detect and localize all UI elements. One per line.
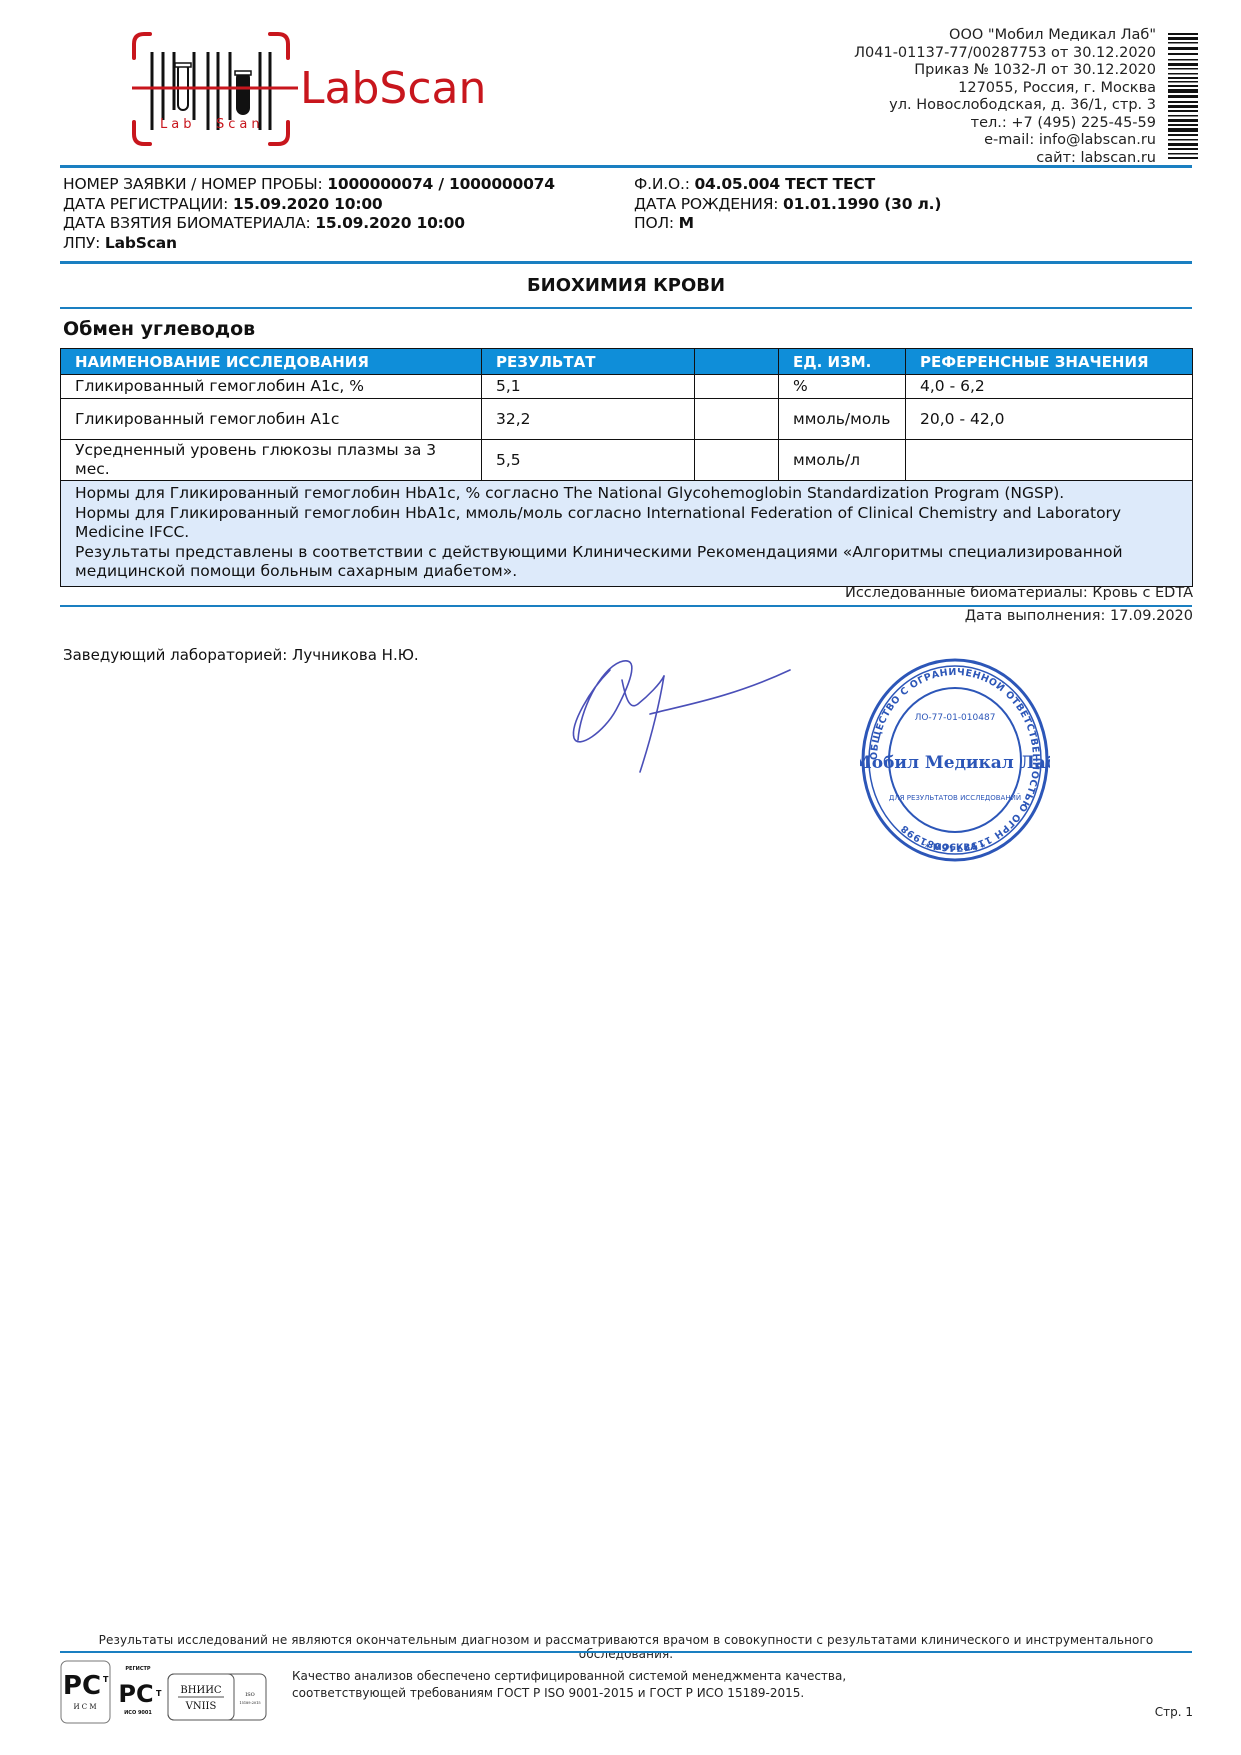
header-reference: РЕФЕРЕНСНЫЕ ЗНАЧЕНИЯ <box>906 349 1193 375</box>
svg-text:«Мобил Медикал Лаб»: «Мобил Медикал Лаб» <box>860 753 1050 773</box>
company-order: Приказ № 1032-Л от 30.12.2020 <box>854 62 1156 80</box>
company-street: ул. Новослободская, д. 36/1, стр. 3 <box>854 97 1156 115</box>
barcode-test-tube-icon: Lab Scan <box>130 30 300 150</box>
test-unit: ммоль/л <box>779 440 906 481</box>
test-reference <box>906 440 1193 481</box>
note-ngsp: Нормы для Гликированный гемоглобин HbA1c… <box>75 484 1178 504</box>
patient-dob: ДАТА РОЖДЕНИЯ: 01.01.1990 (30 л.) <box>634 195 941 215</box>
test-result: 32,2 <box>482 399 695 440</box>
svg-text:ВНИИС: ВНИИС <box>180 1685 222 1696</box>
barcode-icon <box>1168 33 1198 161</box>
patient-info-left: НОМЕР ЗАЯВКИ / НОМЕР ПРОБЫ: 1000000074 /… <box>63 175 555 253</box>
svg-text:ISO: ISO <box>245 1692 255 1698</box>
test-flag <box>695 375 779 399</box>
patient-sex: ПОЛ: М <box>634 214 941 234</box>
company-phone: тел.: +7 (495) 225-45-59 <box>854 115 1156 133</box>
test-name: Усредненный уровень глюкозы плазмы за 3 … <box>61 440 482 481</box>
svg-text:VNIIS: VNIIS <box>185 1701 217 1712</box>
svg-text:ИСО 9001: ИСО 9001 <box>124 1710 152 1716</box>
completion-date: Дата выполнения: 17.09.2020 <box>965 608 1193 624</box>
svg-text:РЕГИСТР: РЕГИСТР <box>125 1666 151 1672</box>
rst-ism-logo-icon: PC T И С М <box>61 1661 110 1723</box>
sample-date: ДАТА ВЗЯТИЯ БИОМАТЕРИАЛА: 15.09.2020 10:… <box>63 214 555 234</box>
test-name: Гликированный гемоглобин А1с, % <box>61 375 482 399</box>
disclaimer: Результаты исследований не являются окон… <box>60 1633 1192 1661</box>
lpu: ЛПУ: LabScan <box>63 234 555 254</box>
title-divider <box>60 307 1192 309</box>
svg-text:PC: PC <box>63 1671 101 1701</box>
rst-registry-logo-icon: РЕГИСТР PC T ИСО 9001 <box>118 1666 162 1716</box>
notes-row: Нормы для Гликированный гемоглобин HbA1c… <box>61 481 1193 587</box>
patient-divider <box>60 261 1192 264</box>
meta-divider <box>60 605 1192 607</box>
labscan-logo: Lab Scan LabScan <box>130 30 510 150</box>
table-row: Гликированный гемоглобин А1с, % 5,1 % 4,… <box>61 375 1193 399</box>
company-email: e-mail: info@labscan.ru <box>854 132 1156 150</box>
vniis-logo-icon: ВНИИС VNIIS ISO 15189:2015 <box>168 1674 266 1720</box>
svg-text:15189:2015: 15189:2015 <box>239 1701 260 1705</box>
table-row: Гликированный гемоглобин А1с 32,2 ммоль/… <box>61 399 1193 440</box>
biomaterial-info: Исследованные биоматериалы: Кровь с EDTA <box>845 585 1193 601</box>
header-result: РЕЗУЛЬТАТ <box>482 349 695 375</box>
svg-text:Scan: Scan <box>216 117 264 132</box>
document-title: БИОХИМИЯ КРОВИ <box>60 275 1192 296</box>
note-ifcc: Нормы для Гликированный гемоглобин HbA1c… <box>75 504 1178 543</box>
svg-text:Lab: Lab <box>160 117 195 132</box>
note-guidelines: Результаты представлены в соответствии с… <box>75 543 1178 582</box>
test-flag <box>695 440 779 481</box>
test-name: Гликированный гемоглобин А1с <box>61 399 482 440</box>
patient-name: Ф.И.О.: 04.05.004 ТЕСТ ТЕСТ <box>634 175 941 195</box>
test-reference: 20,0 - 42,0 <box>906 399 1193 440</box>
test-result: 5,1 <box>482 375 695 399</box>
notes-cell: Нормы для Гликированный гемоглобин HbA1c… <box>61 481 1193 587</box>
quality-line-1: Качество анализов обеспечено сертифициро… <box>292 1668 846 1685</box>
test-unit: % <box>779 375 906 399</box>
registration-date: ДАТА РЕГИСТРАЦИИ: 15.09.2020 10:00 <box>63 195 555 215</box>
patient-info-right: Ф.И.О.: 04.05.004 ТЕСТ ТЕСТ ДАТА РОЖДЕНИ… <box>634 175 941 234</box>
order-number: НОМЕР ЗАЯВКИ / НОМЕР ПРОБЫ: 1000000074 /… <box>63 175 555 195</box>
company-stamp-icon: ОБЩЕСТВО С ОГРАНИЧЕННОЙ ОТВЕТСТВЕННОСТЬЮ… <box>860 650 1050 870</box>
header-divider <box>60 165 1192 168</box>
company-info: ООО "Мобил Медикал Лаб" Л041-01137-77/00… <box>854 27 1156 167</box>
section-title: Обмен углеводов <box>63 318 255 340</box>
svg-text:ЛО-77-01-010487: ЛО-77-01-010487 <box>915 713 996 723</box>
test-reference: 4,0 - 6,2 <box>906 375 1193 399</box>
svg-text:ДЛЯ РЕЗУЛЬТАТОВ ИССЛЕДОВАНИЙ: ДЛЯ РЕЗУЛЬТАТОВ ИССЛЕДОВАНИЙ <box>889 793 1021 802</box>
quality-line-2: соответствующей требованиям ГОСТ Р ISO 9… <box>292 1685 846 1702</box>
signature-icon <box>560 640 800 790</box>
test-flag <box>695 399 779 440</box>
test-unit: ммоль/моль <box>779 399 906 440</box>
company-city: 127055, Россия, г. Москва <box>854 80 1156 98</box>
table-row: Усредненный уровень глюкозы плазмы за 3 … <box>61 440 1193 481</box>
svg-text:T: T <box>156 1689 162 1698</box>
footer-divider <box>60 1651 1192 1653</box>
quality-statement: Качество анализов обеспечено сертифициро… <box>292 1668 846 1702</box>
svg-text:* МОСКВА *: * МОСКВА * <box>925 843 985 853</box>
page-number: Стр. 1 <box>1155 1705 1193 1719</box>
test-result: 5,5 <box>482 440 695 481</box>
svg-text:И С М: И С М <box>73 1703 96 1711</box>
svg-text:T: T <box>103 1675 109 1684</box>
header-unit: ЕД. ИЗМ. <box>779 349 906 375</box>
company-license: Л041-01137-77/00287753 от 30.12.2020 <box>854 45 1156 63</box>
brand-name: LabScan <box>300 63 486 114</box>
results-table: НАИМЕНОВАНИЕ ИССЛЕДОВАНИЯ РЕЗУЛЬТАТ ЕД. … <box>60 348 1193 587</box>
header-flag <box>695 349 779 375</box>
svg-text:PC: PC <box>118 1680 153 1708</box>
table-header-row: НАИМЕНОВАНИЕ ИССЛЕДОВАНИЯ РЕЗУЛЬТАТ ЕД. … <box>61 349 1193 375</box>
certification-logos: PC T И С М РЕГИСТР PC T ИСО 9001 ВНИИС V… <box>60 1660 270 1724</box>
header-test-name: НАИМЕНОВАНИЕ ИССЛЕДОВАНИЯ <box>61 349 482 375</box>
lab-head-signer: Заведующий лабораторией: Лучникова Н.Ю. <box>63 646 419 664</box>
company-name: ООО "Мобил Медикал Лаб" <box>854 27 1156 45</box>
